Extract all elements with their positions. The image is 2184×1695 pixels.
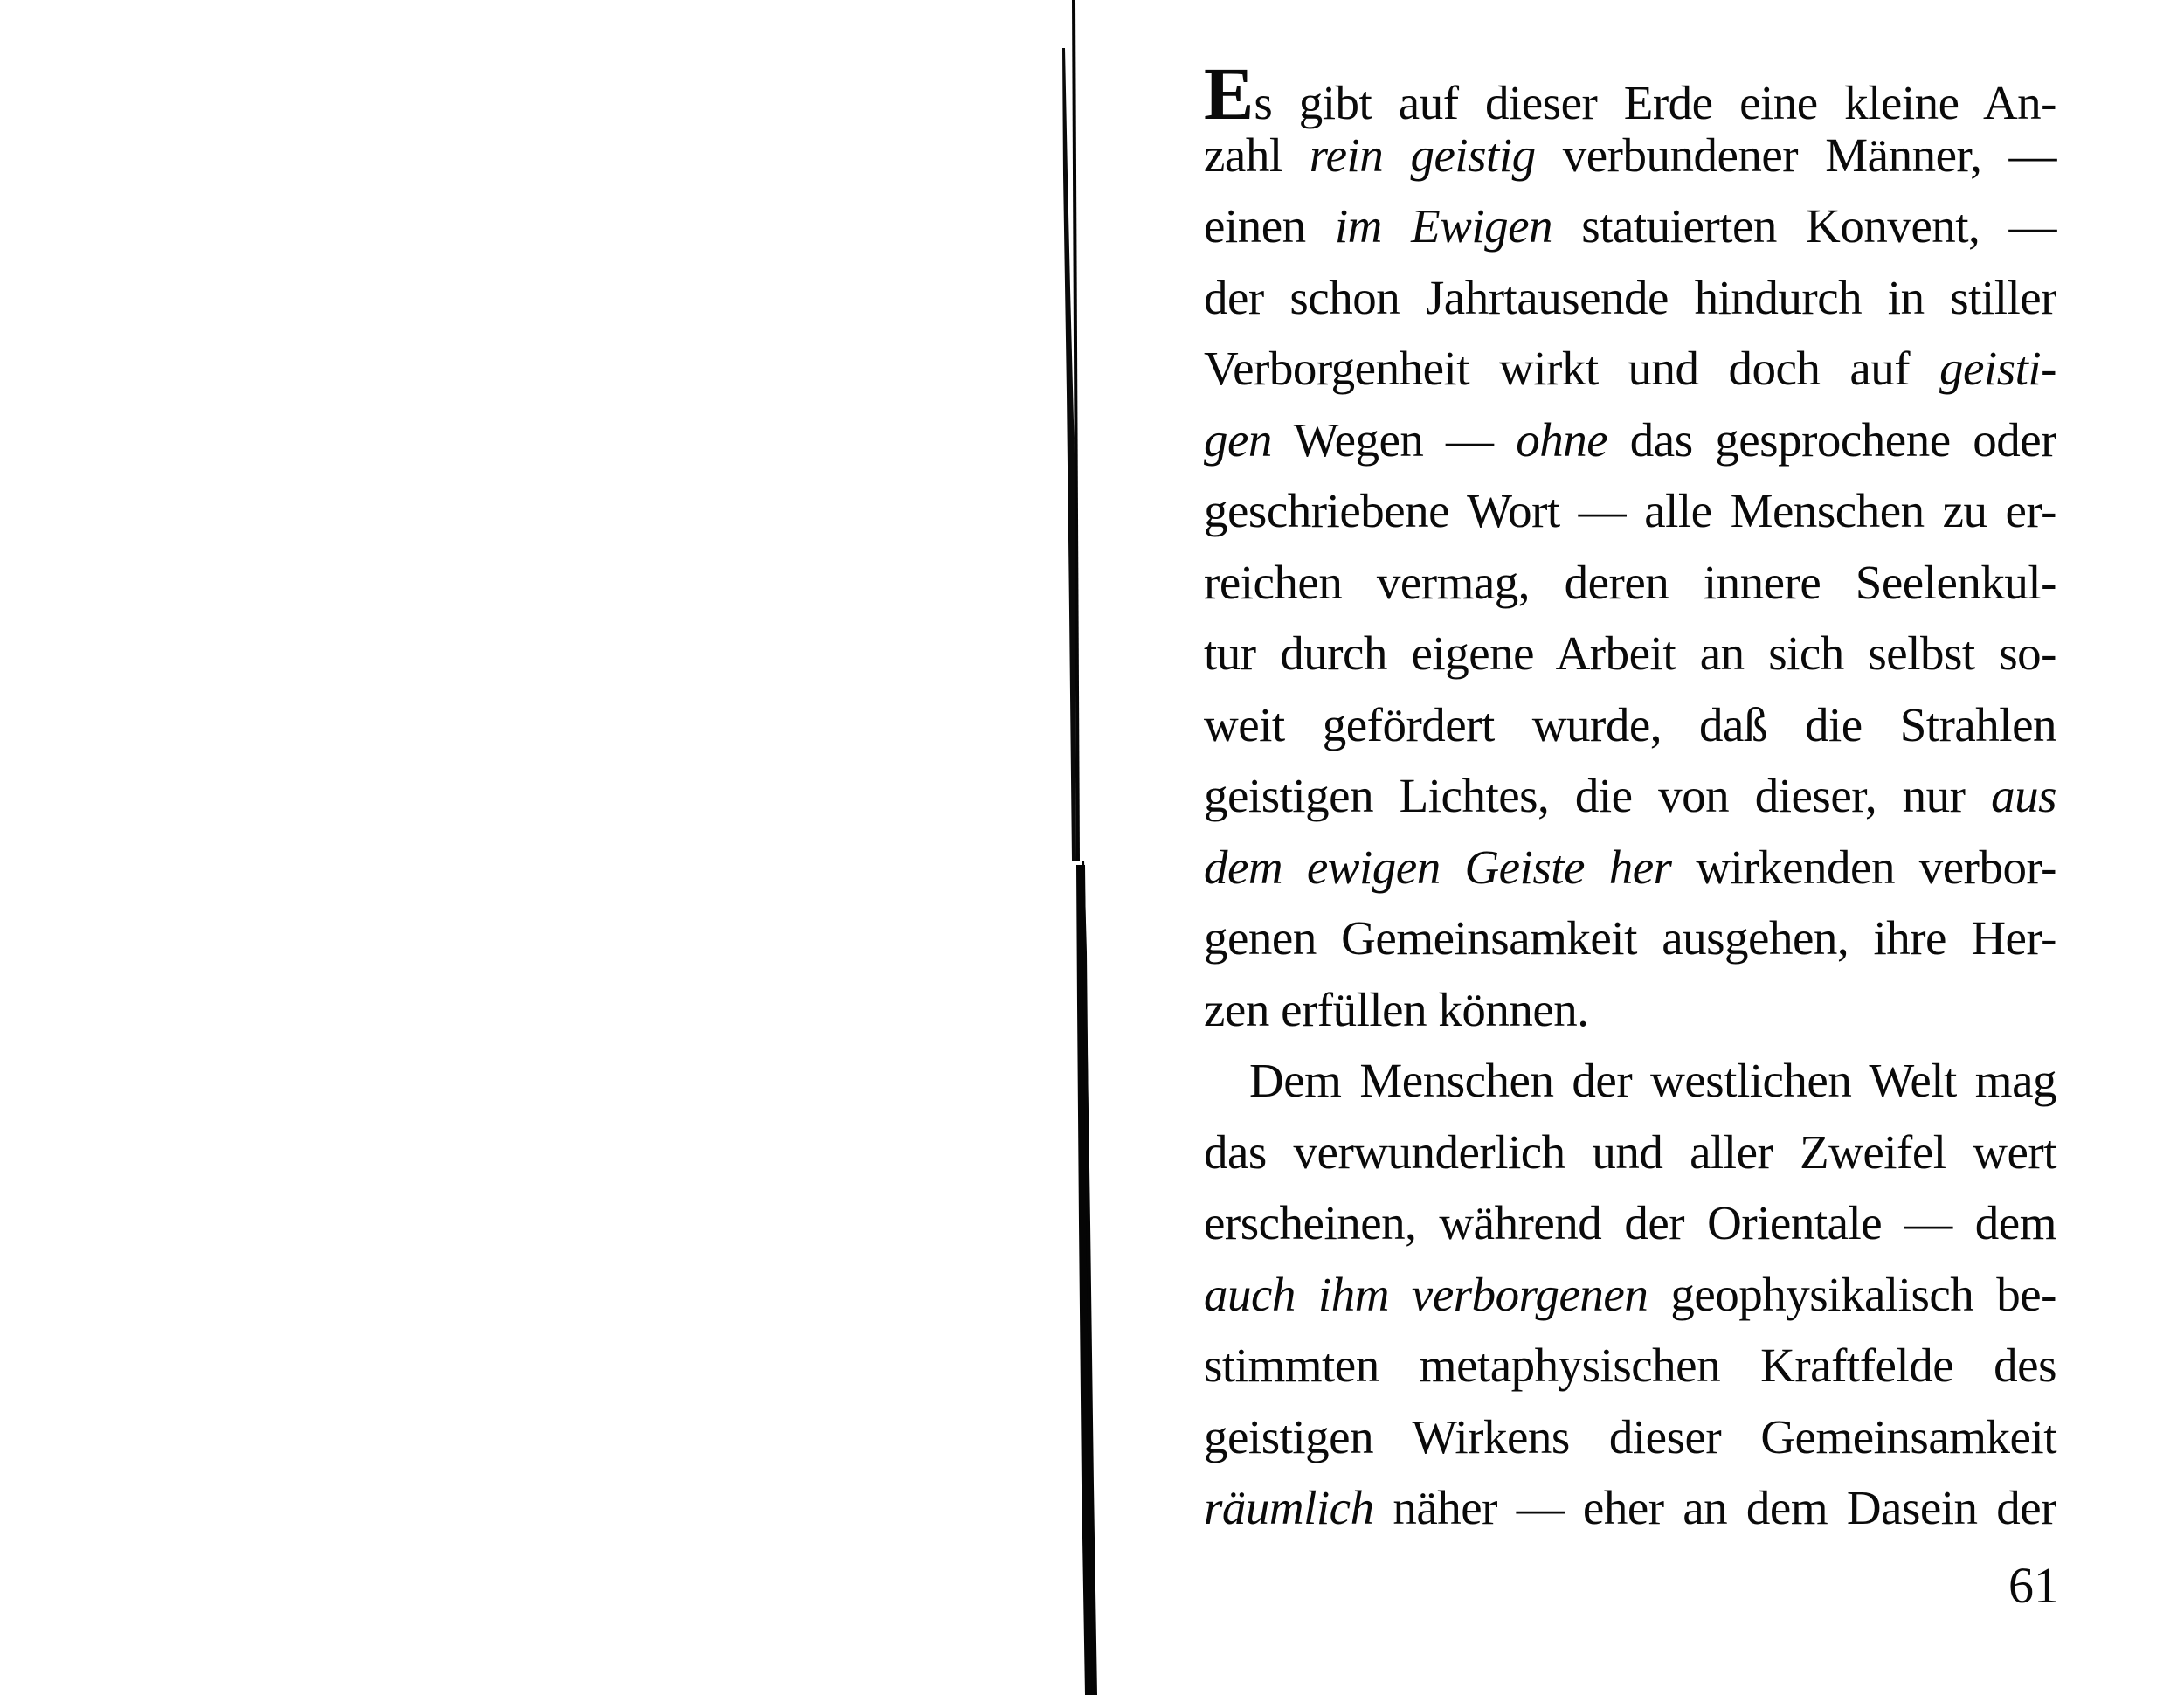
text-line: räumlich näher — eher an dem Dasein der	[1204, 1480, 2056, 1532]
text-segment: geschriebene Wort — alle Menschen zu er-	[1204, 484, 2056, 537]
text-segment: verbundener Männer, —	[1536, 128, 2056, 182]
text-segment: das verwunderlich und aller Zweifel wert	[1204, 1125, 2056, 1179]
text-line: Verborgenheit wirkt und doch auf geisti-	[1204, 341, 2056, 393]
right-page: Es gibt auf dieser Erde eine kleine An-z…	[1127, 0, 2184, 1695]
text-segment: Dem Menschen der westlichen Welt mag	[1249, 1054, 2056, 1107]
spine-shadow-icon	[1031, 0, 1136, 1695]
book-spread: Es gibt auf dieser Erde eine kleine An-z…	[0, 0, 2184, 1695]
text-line: Dem Menschen der westlichen Welt mag	[1204, 1053, 2056, 1105]
text-line: gen Wegen — ohne das gesprochene oder	[1204, 412, 2056, 465]
text-line: auch ihm verborgenen geophysikalisch be-	[1204, 1267, 2056, 1319]
drop-initial: E	[1204, 52, 1254, 135]
book-spine-gutter	[1031, 0, 1136, 1695]
italic-emphasis: ohne	[1516, 413, 1607, 467]
text-line: zahl rein geistig verbundener Männer, —	[1204, 128, 2056, 180]
text-line: zen erfüllen können.	[1204, 982, 2056, 1034]
text-segment: wirkenden verbor-	[1672, 841, 2056, 894]
text-line: dem ewigen Geiste her wirkenden verbor-	[1204, 840, 2056, 892]
text-segment: erscheinen, während der Orientale — dem	[1204, 1196, 2056, 1249]
text-segment: näher — eher an dem Dasein der	[1374, 1481, 2056, 1534]
text-segment: stimmten metaphysischen Kraftfelde des	[1204, 1339, 2056, 1392]
text-line: geschriebene Wort — alle Menschen zu er-	[1204, 483, 2056, 536]
text-segment: statuierten Konvent, —	[1552, 199, 2056, 253]
text-line: stimmten metaphysischen Kraftfelde des	[1204, 1338, 2056, 1390]
italic-emphasis: im Ewigen	[1335, 199, 1552, 253]
text-line: reichen vermag, deren innere Seelenkul-	[1204, 555, 2056, 607]
left-page-blank	[0, 0, 1066, 1695]
text-segment: reichen vermag, deren innere Seelenkul-	[1204, 556, 2056, 609]
text-segment: zahl	[1204, 128, 1310, 182]
italic-emphasis: aus	[1991, 769, 2056, 822]
italic-emphasis: dem ewigen Geiste her	[1204, 841, 1672, 894]
text-line: geistigen Wirkens dieser Gemeinsamkeit	[1204, 1409, 2056, 1462]
italic-emphasis: auch ihm verborgenen	[1204, 1268, 1648, 1321]
text-segment: zen erfüllen können.	[1204, 983, 1589, 1036]
text-line: weit gefördert wurde, daß die Strahlen	[1204, 697, 2056, 750]
italic-emphasis: räumlich	[1204, 1481, 1374, 1534]
text-segment: Wegen —	[1272, 413, 1516, 467]
text-line: geistigen Lichtes, die von dieser, nur a…	[1204, 768, 2056, 820]
text-line: einen im Ewigen statuierten Konvent, —	[1204, 198, 2056, 251]
text-line: genen Gemeinsamkeit ausgehen, ihre Her-	[1204, 910, 2056, 963]
text-segment: geophysikalisch be-	[1648, 1268, 2056, 1321]
text-segment: weit gefördert wurde, daß die Strahlen	[1204, 698, 2056, 751]
text-segment: s gibt auf dieser Erde eine kleine An-	[1254, 76, 2056, 129]
italic-emphasis: geisti-	[1939, 342, 2056, 395]
text-line: das verwunderlich und aller Zweifel wert	[1204, 1124, 2056, 1177]
italic-emphasis: gen	[1204, 413, 1272, 467]
text-segment: genen Gemeinsamkeit ausgehen, ihre Her-	[1204, 911, 2056, 965]
text-line: tur durch eigene Arbeit an sich selbst s…	[1204, 626, 2056, 678]
text-segment: Verborgenheit wirkt und doch auf	[1204, 342, 1939, 395]
text-line: der schon Jahrtausende hindurch in still…	[1204, 270, 2056, 322]
text-segment: einen	[1204, 199, 1335, 253]
text-segment: geistigen Lichtes, die von dieser, nur	[1204, 769, 1991, 822]
page-number: 61	[2007, 1556, 2059, 1615]
text-segment: tur durch eigene Arbeit an sich selbst s…	[1204, 626, 2056, 680]
italic-emphasis: rein geistig	[1310, 128, 1536, 182]
text-segment: das gesprochene oder	[1607, 413, 2056, 467]
text-segment: der schon Jahrtausende hindurch in still…	[1204, 271, 2056, 324]
text-line: Es gibt auf dieser Erde eine kleine An-	[1204, 56, 2056, 108]
text-segment: geistigen Wirkens dieser Gemeinsamkeit	[1204, 1410, 2056, 1463]
text-line: erscheinen, während der Orientale — dem	[1204, 1195, 2056, 1248]
